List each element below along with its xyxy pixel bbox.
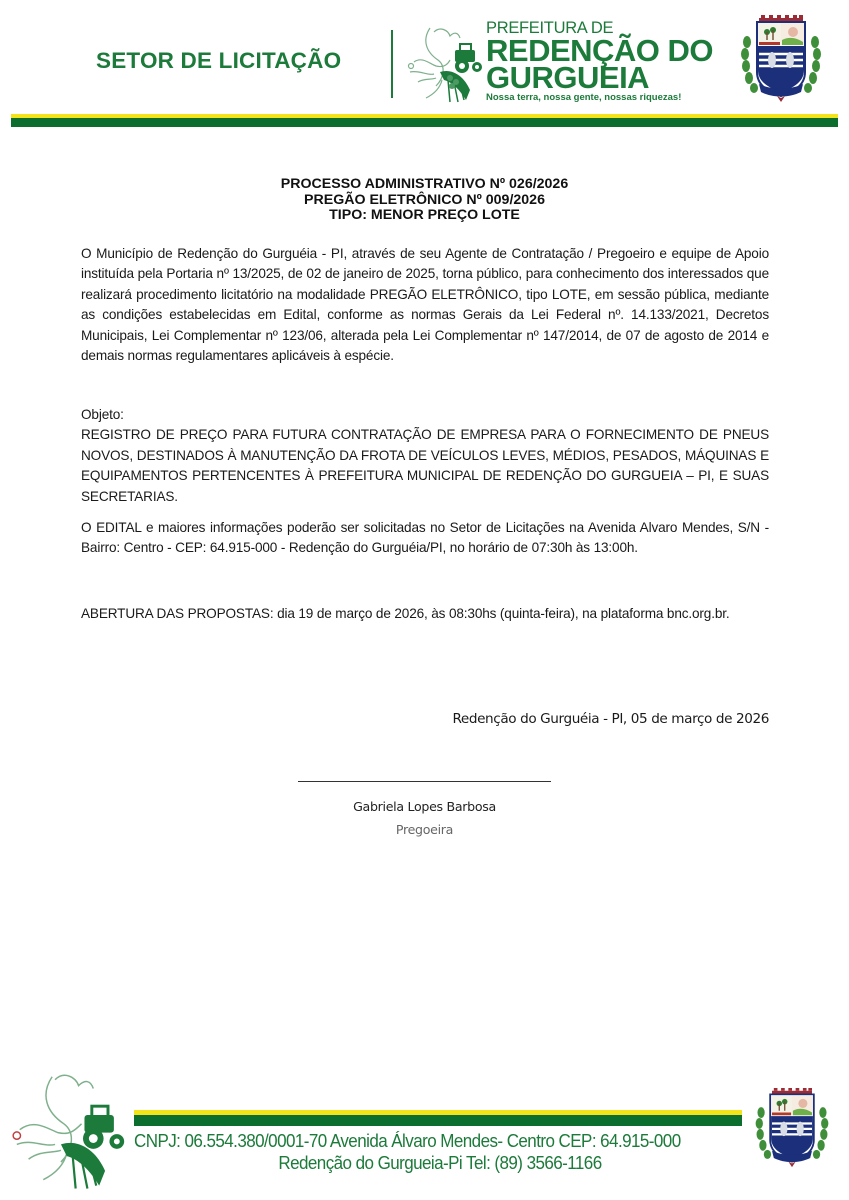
signature-line xyxy=(298,781,551,782)
date-line: Redenção do Gurguéia - PI, 05 de março d… xyxy=(452,711,769,727)
letterhead-header: SETOR DE LICITAÇÃO PREFEIT xyxy=(0,0,849,135)
auction-type: TIPO: MENOR PREÇO LOTE xyxy=(0,208,849,224)
footer-color-bar xyxy=(134,1110,742,1126)
document-titles: PROCESSO ADMINISTRATIVO Nº 026/2026 PREG… xyxy=(0,177,849,224)
object-text: REGISTRO DE PREÇO PARA FUTURA CONTRATAÇÃ… xyxy=(81,425,769,507)
header-divider xyxy=(391,30,393,98)
department-title: SETOR DE LICITAÇÃO xyxy=(96,48,341,74)
municipal-emblem-icon xyxy=(400,20,485,105)
slogan: Nossa terra, nossa gente, nossas riqueza… xyxy=(486,92,713,104)
edital-info-paragraph: O EDITAL e maiores informações poderão s… xyxy=(81,518,769,559)
footer-city-phone: Redenção do Gurgueia-Pi Tel: (89) 3566-1… xyxy=(31,1152,849,1174)
object-section: Objeto: REGISTRO DE PREÇO PARA FUTURA CO… xyxy=(81,405,769,507)
signer-role: Pregoeira xyxy=(298,822,551,837)
footer-cnpj-address: CNPJ: 06.554.380/0001-70 Avenida Álvaro … xyxy=(134,1130,703,1152)
auction-number: PREGÃO ELETRÔNICO Nº 009/2026 xyxy=(0,193,849,209)
prefeitura-logo-text: PREFEITURA DE REDENÇÃO DO GURGUEIA Nossa… xyxy=(486,20,713,104)
intro-paragraph: O Município de Redenção do Gurguéia - PI… xyxy=(81,244,769,366)
coat-of-arms-icon xyxy=(737,12,825,106)
object-label: Objeto: xyxy=(81,405,769,425)
coat-of-arms-icon xyxy=(752,1082,832,1174)
header-color-bar xyxy=(11,114,838,127)
opening-paragraph: ABERTURA DAS PROPOSTAS: dia 19 de março … xyxy=(81,604,769,624)
signer-name: Gabriela Lopes Barbosa xyxy=(298,799,551,814)
process-number: PROCESSO ADMINISTRATIVO Nº 026/2026 xyxy=(0,177,849,193)
city-name-line2: GURGUEIA xyxy=(486,64,713,91)
